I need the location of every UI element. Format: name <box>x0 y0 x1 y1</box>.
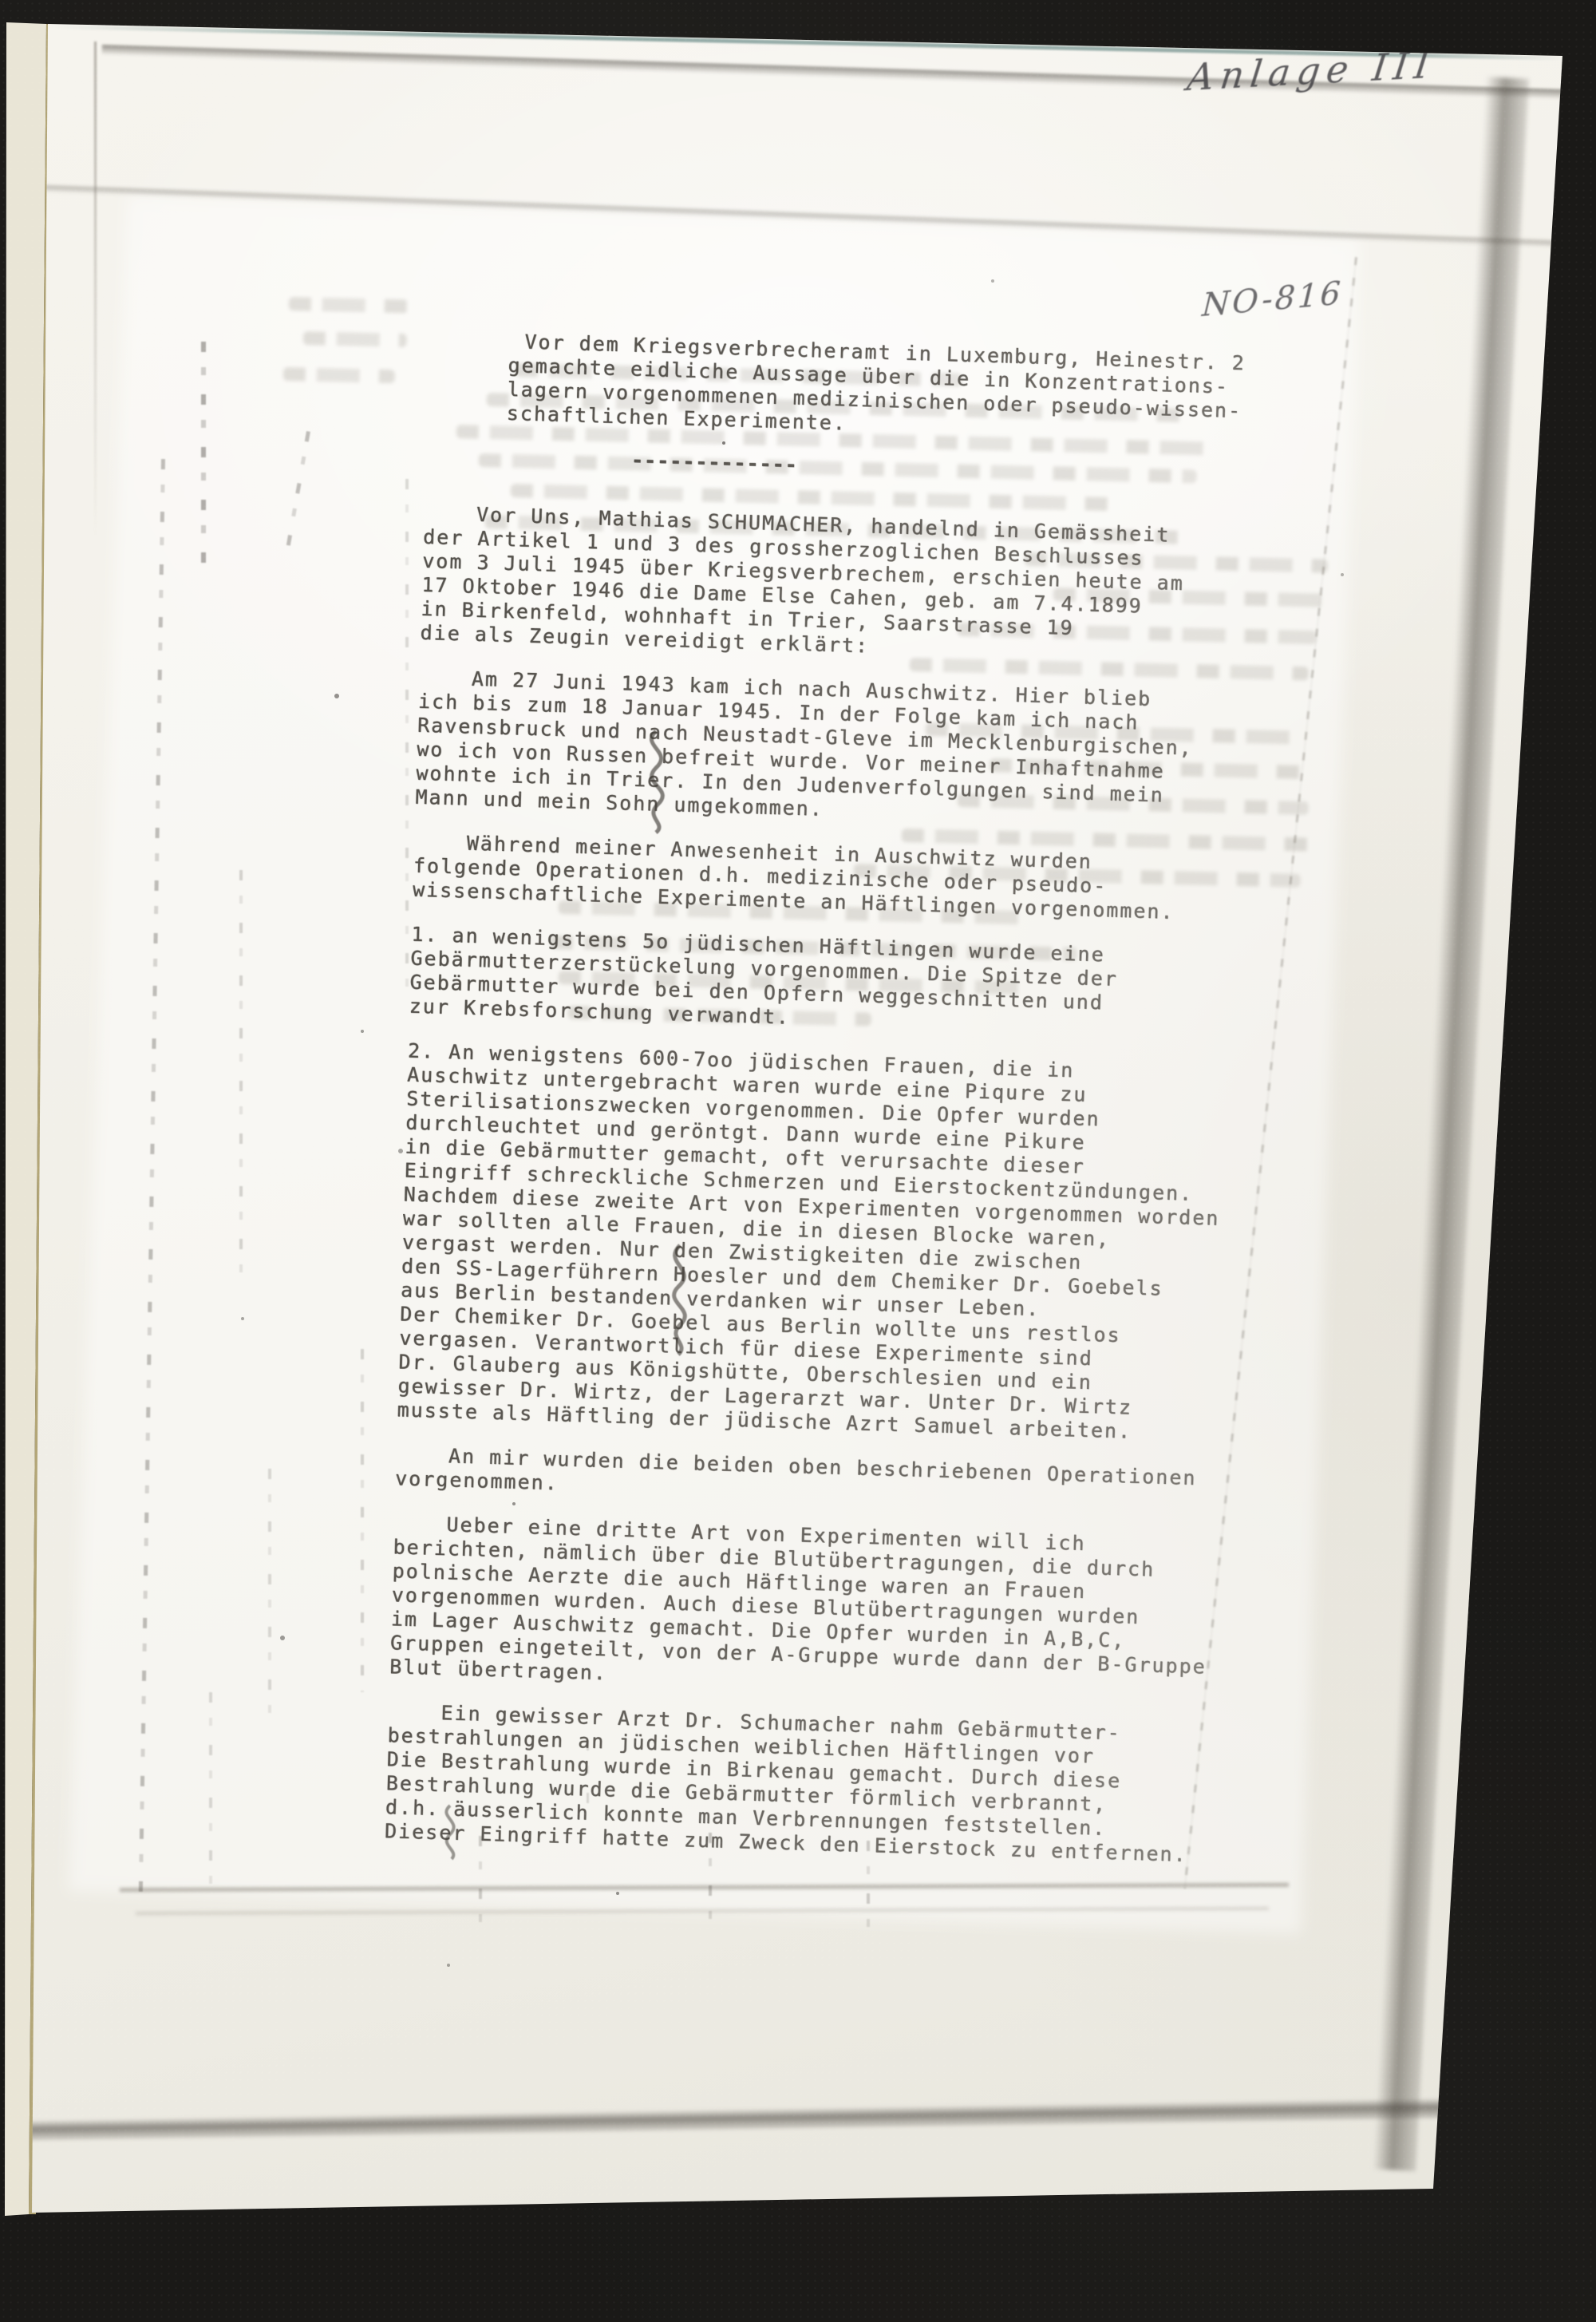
ink-streak <box>201 342 206 565</box>
bleed-through-text-line <box>283 367 395 383</box>
text-block-item: 2. An wenigstens 600-7oo jüdischen Fraue… <box>397 1039 1341 1450</box>
ink-streak <box>239 870 243 1285</box>
text-block-item: 1. an wenigstens 5o jüdischen Häftlingen… <box>409 923 1345 1046</box>
document-scan: Vor dem Kriegsverbrecheramt in Luxemburg… <box>0 0 1596 2322</box>
photostat-sheet: Vor dem Kriegsverbrecheramt in Luxemburg… <box>0 0 1596 2322</box>
scan-bottom-smudge-line <box>19 2098 1443 2141</box>
bleed-through-text-line <box>289 297 409 313</box>
text-block-para: Ueber eine dritte Art von Experimenten w… <box>389 1511 1328 1707</box>
typed-line: ------------- <box>631 449 1359 494</box>
text-block-para: Während meiner Anwesenheit in Auschwitz … <box>413 830 1348 930</box>
scan-right-smudge-band <box>1373 77 1529 2171</box>
ink-streak <box>405 479 409 990</box>
bleed-through-text-line <box>303 331 407 347</box>
typed-text: Vor dem Kriegsverbrecheramt in Luxemburg… <box>384 327 1363 1892</box>
ink-specks <box>0 0 3 3</box>
ink-streak <box>361 1349 364 1692</box>
text-block-para: Am 27 Juni 1943 kam ich nach Auschwitz. … <box>415 666 1353 837</box>
text-block-para: Vor Uns, Mathias SCHUMACHER, handelnd in… <box>420 501 1357 673</box>
sheet-crease-line <box>94 42 97 536</box>
ink-streak <box>268 1469 271 1732</box>
text-block-separator: ------------- <box>631 449 1359 494</box>
text-block-para: An mir wurden die beiden oben beschriebe… <box>395 1442 1329 1518</box>
text-block-para: Ein gewisser Arzt Dr. Schumacher nahm Ge… <box>385 1699 1322 1871</box>
ink-streak <box>209 1692 212 1900</box>
